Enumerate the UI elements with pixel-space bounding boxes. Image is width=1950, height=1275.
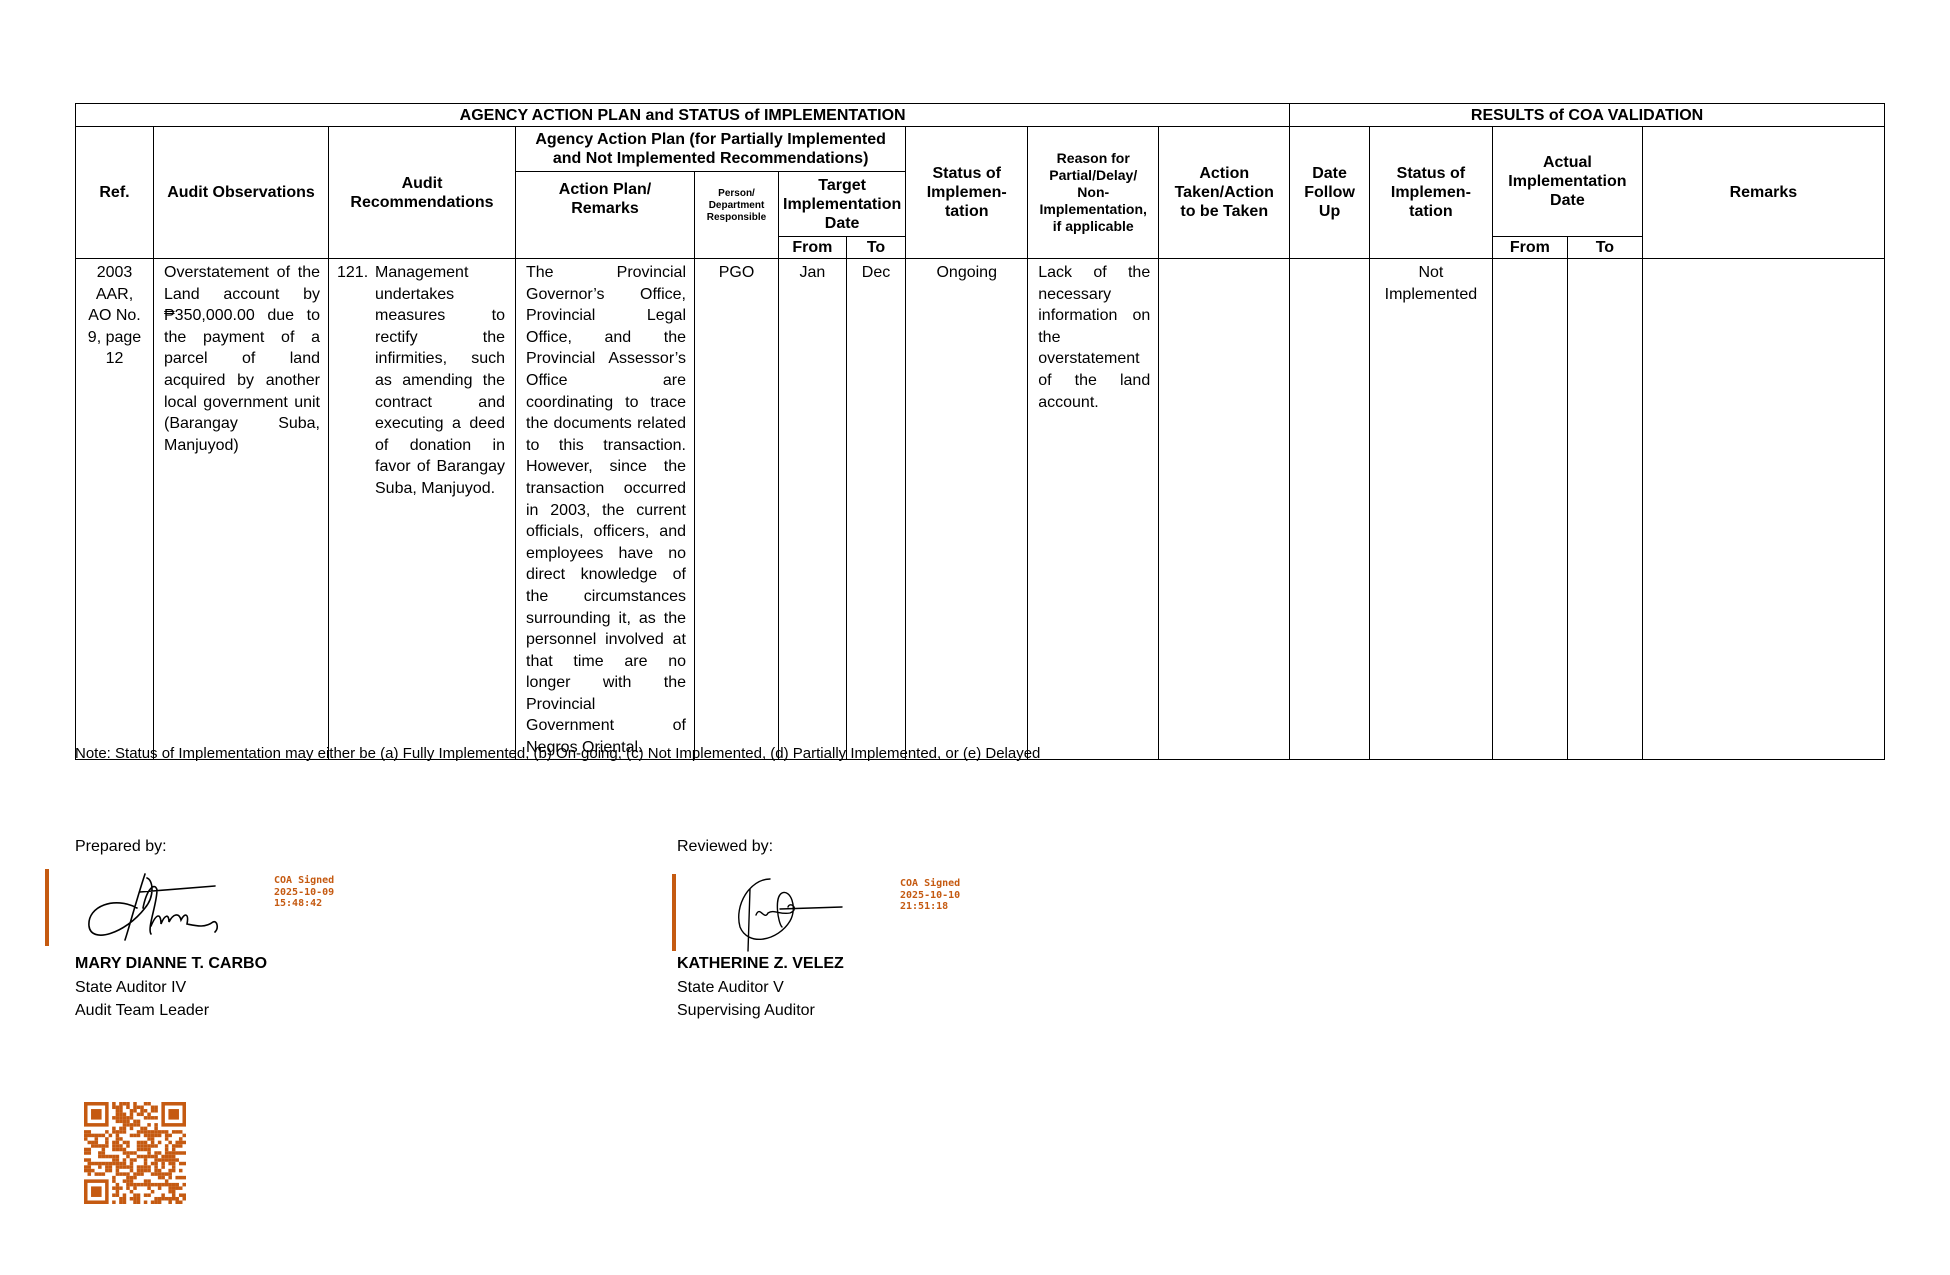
cell-action-taken <box>1159 259 1290 760</box>
col-action-taken: Action Taken/Action to be Taken <box>1159 127 1290 259</box>
cell-audit-observation: Overstatement of the Land account by ₱35… <box>154 259 329 760</box>
cell-target-from: Jan <box>779 259 847 760</box>
recommendation-text: Management undertakes measures to rectif… <box>375 262 505 500</box>
col-audit-observations: Audit Observations <box>154 127 329 259</box>
actual-date-header: Actual Implementation Date <box>1492 127 1642 237</box>
agency-group-header: AGENCY ACTION PLAN and STATUS of IMPLEME… <box>76 104 1290 127</box>
col-status: Status of Implemen-tation <box>906 127 1028 259</box>
col-ref: Ref. <box>76 127 154 259</box>
signed-stamp: COA Signed 2025-10-09 15:48:42 <box>274 875 334 910</box>
col-audit-recommendations: Audit Recommendations <box>329 127 516 259</box>
stamp-date: 2025-10-10 <box>900 890 960 902</box>
reviewed-by-label: Reviewed by: <box>677 838 773 856</box>
qr-code-icon <box>81 1102 189 1204</box>
col-target-to: To <box>846 237 905 259</box>
recommendation-number: 121. <box>337 262 375 500</box>
signature-icon <box>85 868 235 948</box>
col-coa-status: Status of Implemen-tation <box>1369 127 1492 259</box>
col-actual-from: From <box>1492 237 1567 259</box>
stamp-title: COA Signed <box>274 875 334 887</box>
signed-stamp: COA Signed 2025-10-10 21:51:18 <box>900 878 960 913</box>
reviewer-role: Supervising Auditor <box>677 999 815 1022</box>
action-plan-table: AGENCY ACTION PLAN and STATUS of IMPLEME… <box>75 103 1885 760</box>
cell-action-plan: The Provincial Governor’s Office, Provin… <box>516 259 695 760</box>
table-row: 2003 AAR, AO No. 9, page 12 Overstatemen… <box>76 259 1885 760</box>
col-remarks: Remarks <box>1642 127 1884 259</box>
stamp-title: COA Signed <box>900 878 960 890</box>
col-actual-to: To <box>1567 237 1642 259</box>
agency-plan-header: Agency Action Plan (for Partially Implem… <box>516 127 906 172</box>
cell-audit-recommendation: 121. Management undertakes measures to r… <box>329 259 516 760</box>
target-date-header: Target Implementation Date <box>779 172 906 237</box>
cell-ref: 2003 AAR, AO No. 9, page 12 <box>76 259 154 760</box>
coa-group-header: RESULTS of COA VALIDATION <box>1290 104 1885 127</box>
cell-remarks <box>1642 259 1884 760</box>
col-action-plan: Action Plan/ Remarks <box>516 172 695 259</box>
col-reason: Reason for Partial/Delay/ Non-Implementa… <box>1028 127 1159 259</box>
reviewer-name: KATHERINE Z. VELEZ <box>677 955 844 973</box>
cell-status: Ongoing <box>906 259 1028 760</box>
cell-reason: Lack of the necessary information on the… <box>1028 259 1159 760</box>
signature-icon <box>730 875 845 955</box>
col-target-from: From <box>779 237 847 259</box>
cell-coa-status: Not Implemented <box>1369 259 1492 760</box>
preparer-role: Audit Team Leader <box>75 999 209 1022</box>
prepared-by-label: Prepared by: <box>75 838 167 856</box>
cell-date-follow-up <box>1290 259 1370 760</box>
signature-bar <box>45 869 49 946</box>
col-person-responsible: Person/ Department Responsible <box>695 172 779 259</box>
reviewer-position: State Auditor V <box>677 976 784 999</box>
cell-target-to: Dec <box>846 259 905 760</box>
col-date-follow-up: Date Follow Up <box>1290 127 1370 259</box>
cell-actual-to <box>1567 259 1642 760</box>
stamp-date: 2025-10-09 <box>274 887 334 899</box>
stamp-time: 15:48:42 <box>274 898 334 910</box>
signature-bar <box>672 874 676 951</box>
status-note: Note: Status of Implementation may eithe… <box>75 745 1040 762</box>
cell-person-responsible: PGO <box>695 259 779 760</box>
preparer-position: State Auditor IV <box>75 976 186 999</box>
cell-actual-from <box>1492 259 1567 760</box>
preparer-name: MARY DIANNE T. CARBO <box>75 955 267 973</box>
stamp-time: 21:51:18 <box>900 901 960 913</box>
